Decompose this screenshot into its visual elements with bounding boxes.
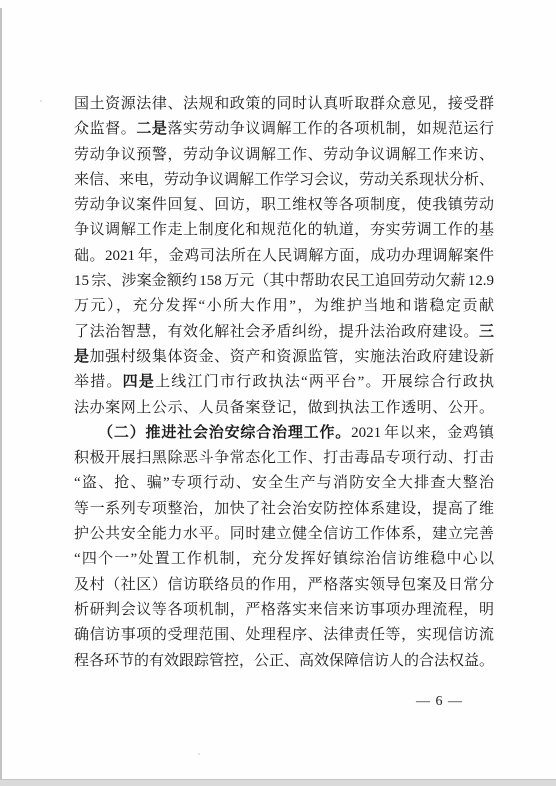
scan-edge-bottom [0, 779, 556, 786]
text-line: “盗、抢、骗”专项行动、安全生产与消防安全大排查大整治 [74, 471, 494, 496]
text-line: 确信访事项的受理范围、处理程序、法律责任等，实现信访流 [74, 623, 494, 648]
emphasis-text: 是 [74, 349, 90, 365]
body-text: “盗、抢、骗”专项行动、安全生产与消防安全大排查大整治 [74, 475, 494, 491]
emphasis-text: 三 [479, 324, 494, 340]
page-number: — 6 — [416, 694, 463, 710]
body-text: 万元），充分发挥“小所大作用”，为维护当地和谐稳定贡献 [74, 298, 494, 314]
scan-speckle [198, 753, 200, 755]
text-line: （二）推进社会治安综合治理工作。2021 年以来，金鸡镇 [74, 421, 494, 446]
body-text: 法办案网上公示、人员备案登记，做到执法工作透明、公开。 [74, 400, 494, 416]
body-text: 加强村级集体资金、资产和资源监管，实施法治政府建设新 [90, 349, 494, 365]
body-text: 护公共安全能力水平。同时建立健全信访工作体系，建立完善 [74, 526, 494, 542]
text-line: 来信、来电，劳动争议调解工作学习会议，劳动关系现状分析、 [74, 168, 494, 193]
body-text: 及村（社区）信访联络员的作用，严格落实领导包案及日常分 [74, 577, 494, 593]
text-line: 法办案网上公示、人员备案登记，做到执法工作透明、公开。 [74, 396, 494, 421]
text-line: 护公共安全能力水平。同时建立健全信访工作体系，建立完善 [74, 522, 494, 547]
body-text: 确信访事项的受理范围、处理程序、法律责任等，实现信访流 [74, 627, 494, 643]
body-text: 程各环节的有效跟踪管控，公正、高效保障信访人的合法权益。 [74, 653, 494, 669]
body-text: 众监督。 [74, 121, 136, 137]
document-page: 国土资源法律、法规和政策的同时认真听取群众意见，接受群众监督。二是落实劳动争议调… [0, 0, 556, 786]
text-line: 础。2021 年，金鸡司法所在人民调解方面，成功办理调解案件 [74, 244, 494, 269]
text-line: “四个一”处置工作机制，充分发挥好镇综治信访维稳中心以 [74, 547, 494, 572]
text-line: 是加强村级集体资金、资产和资源监管，实施法治政府建设新 [74, 345, 494, 370]
text-line: 争议调解工作走上制度化和规范化的轨道，夯实劳调工作的基 [74, 218, 494, 243]
document-body: 国土资源法律、法规和政策的同时认真听取群众意见，接受群众监督。二是落实劳动争议调… [74, 92, 494, 674]
body-text: 了法治智慧，有效化解社会矛盾纠纷，提升法治政府建设。 [74, 324, 479, 340]
text-line: 众监督。二是落实劳动争议调解工作的各项机制，如规范运行 [74, 117, 494, 142]
body-text: 落实劳动争议调解工作的各项机制，如规范运行 [167, 121, 494, 137]
body-text [74, 425, 106, 441]
text-line: 等一系列专项整治，加快了社会治安防控体系建设，提高了维 [74, 497, 494, 522]
scan-speckle [40, 100, 42, 102]
body-text: “四个一”处置工作机制，充分发挥好镇综治信访维稳中心以 [74, 551, 494, 567]
text-line: 15 宗、涉案金额约 158 万元（其中帮助农民工追回劳动欠薪 12.9 [74, 269, 494, 294]
emphasis-text: （二）推进社会治安综合治理工作。 [106, 425, 351, 441]
body-text: 举措。 [74, 374, 123, 390]
scan-edge-left [0, 8, 2, 786]
body-text: 2021 年以来，金鸡镇 [351, 425, 494, 441]
body-text: 上线江门市行政执法“两平台”。开展综合行政执 [155, 374, 494, 390]
text-line: 万元），充分发挥“小所大作用”，为维护当地和谐稳定贡献 [74, 294, 494, 319]
text-line: 析研判会议等各项机制，严格落实来信来访事项办理流程，明 [74, 598, 494, 623]
body-text: 积极开展扫黑除恶斗争常态化工作、打击毒品专项行动、打击 [74, 450, 494, 466]
paragraph-1: 国土资源法律、法规和政策的同时认真听取群众意见，接受群众监督。二是落实劳动争议调… [74, 92, 494, 421]
body-text: 础。2021 年，金鸡司法所在人民调解方面，成功办理调解案件 [74, 248, 494, 264]
body-text: 来信、来电，劳动争议调解工作学习会议，劳动关系现状分析、 [74, 172, 494, 188]
emphasis-text: 二是 [136, 121, 167, 137]
body-text: 析研判会议等各项机制，严格落实来信来访事项办理流程，明 [74, 602, 494, 618]
body-text: 等一系列专项整治，加快了社会治安防控体系建设，提高了维 [74, 501, 494, 517]
body-text: 国土资源法律、法规和政策的同时认真听取群众意见，接受群 [74, 96, 494, 112]
text-line: 国土资源法律、法规和政策的同时认真听取群众意见，接受群 [74, 92, 494, 117]
text-line: 程各环节的有效跟踪管控，公正、高效保障信访人的合法权益。 [74, 649, 494, 674]
text-line: 及村（社区）信访联络员的作用，严格落实领导包案及日常分 [74, 573, 494, 598]
text-line: 劳动争议预警，劳动争议调解工作、劳动争议调解工作来访、 [74, 143, 494, 168]
body-text: 劳动争议预警，劳动争议调解工作、劳动争议调解工作来访、 [74, 147, 494, 163]
text-line: 积极开展扫黑除恶斗争常态化工作、打击毒品专项行动、打击 [74, 446, 494, 471]
body-text: 15 宗、涉案金额约 158 万元（其中帮助农民工追回劳动欠薪 12.9 [74, 273, 494, 289]
text-line: 举措。四是上线江门市行政执法“两平台”。开展综合行政执 [74, 370, 494, 395]
text-line: 了法治智慧，有效化解社会矛盾纠纷，提升法治政府建设。三 [74, 320, 494, 345]
paragraph-2: （二）推进社会治安综合治理工作。2021 年以来，金鸡镇积极开展扫黑除恶斗争常态… [74, 421, 494, 674]
body-text: 争议调解工作走上制度化和规范化的轨道，夯实劳调工作的基 [74, 222, 494, 238]
emphasis-text: 四是 [123, 374, 155, 390]
body-text: 劳动争议案件回复、回访，职工维权等各项制度，使我镇劳动 [74, 197, 494, 213]
text-line: 劳动争议案件回复、回访，职工维权等各项制度，使我镇劳动 [74, 193, 494, 218]
